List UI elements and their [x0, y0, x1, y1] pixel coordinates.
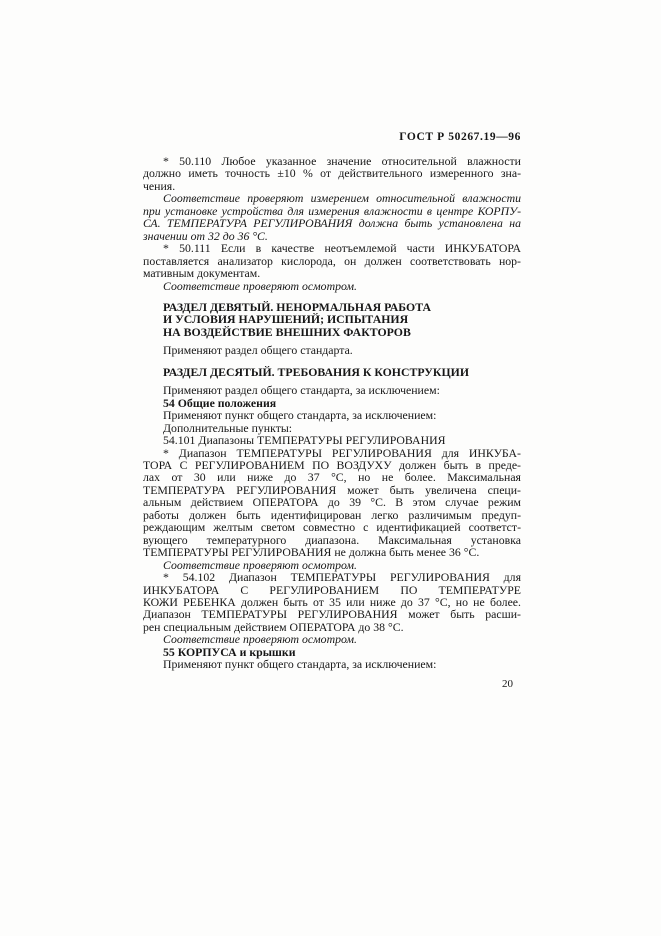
section-heading: РАЗДЕЛ ДЕВЯТЫЙ. НЕНОРМАЛЬНАЯ РАБОТАИ УСЛ… — [143, 301, 521, 338]
text-line: * 50.111 Если в качестве неотъемлемой ча… — [143, 242, 521, 254]
paragraph: * Диапазон ТЕМПЕРАТУРЫ РЕГУЛИРОВАНИЯ для… — [143, 447, 521, 559]
text-line: мативным документам. — [143, 267, 521, 279]
text-line: Применяют пункт общего стандарта, за иск… — [143, 409, 521, 421]
page-number: 20 — [143, 678, 513, 690]
text-line: ТЕМПЕРАТУРЫ РЕГУЛИРОВАНИЯ не должна быть… — [143, 546, 521, 558]
text-line: должно иметь точность ±10 % от действите… — [143, 167, 521, 179]
text-line: НА ВОЗДЕЙСТВИЕ ВНЕШНИХ ФАКТОРОВ — [143, 326, 521, 338]
running-header: ГОСТ Р 50267.19—96 — [143, 131, 521, 143]
document-page: ГОСТ Р 50267.19—96 * 50.110 Любое указан… — [0, 0, 661, 936]
paragraph: * 54.102 Диапазон ТЕМПЕРАТУРЫ РЕГУЛИРОВА… — [143, 571, 521, 633]
text-line: Соответствие проверяют измерением относи… — [143, 192, 521, 204]
paragraph: Соответствие проверяют осмотром. — [143, 633, 521, 645]
paragraph: Соответствие проверяют осмотром. — [143, 280, 521, 292]
paragraph: Применяют раздел общего стандарта, за ис… — [143, 384, 521, 396]
paragraph: Применяют раздел общего стандарта. — [143, 344, 521, 356]
paragraph: 54.101 Диапазоны ТЕМПЕРАТУРЫ РЕГУЛИРОВАН… — [143, 434, 521, 446]
text-line: Соответствие проверяют осмотром. — [143, 633, 521, 645]
paragraph: * 50.111 Если в качестве неотъемлемой ча… — [143, 242, 521, 279]
paragraph: Применяют пункт общего стандарта, за иск… — [143, 409, 521, 421]
text-line: лах от 30 или ниже до 37 °С, но не более… — [143, 471, 521, 483]
paragraph: * 50.110 Любое указанное значение относи… — [143, 155, 521, 192]
text-line: альным действием ОПЕРАТОРА до 39 °С. В э… — [143, 496, 521, 508]
text-line: Применяют пункт общего стандарта, за иск… — [143, 658, 521, 670]
text-line: РАЗДЕЛ ДЕСЯТЫЙ. ТРЕБОВАНИЯ К КОНСТРУКЦИИ — [143, 366, 521, 378]
text-line: * 54.102 Диапазон ТЕМПЕРАТУРЫ РЕГУЛИРОВА… — [143, 571, 521, 583]
section-heading: РАЗДЕЛ ДЕСЯТЫЙ. ТРЕБОВАНИЯ К КОНСТРУКЦИИ — [143, 366, 521, 378]
paragraph: Соответствие проверяют измерением относи… — [143, 192, 521, 242]
text-line: Соответствие проверяют осмотром. — [143, 280, 521, 292]
text-column: ГОСТ Р 50267.19—96 * 50.110 Любое указан… — [143, 0, 521, 671]
text-line: реждающим желтым светом совместно с иден… — [143, 521, 521, 533]
text-line: СА. ТЕМПЕРАТУРА РЕГУЛИРОВАНИЯ должна быт… — [143, 217, 521, 229]
text-line: Применяют раздел общего стандарта. — [143, 344, 521, 356]
text-line: 54.101 Диапазоны ТЕМПЕРАТУРЫ РЕГУЛИРОВАН… — [143, 434, 521, 446]
text-line: Применяют раздел общего стандарта, за ис… — [143, 384, 521, 396]
paragraph: Применяют пункт общего стандарта, за иск… — [143, 658, 521, 670]
text-blocks: * 50.110 Любое указанное значение относи… — [143, 155, 521, 671]
text-line: Диапазон ТЕМПЕРАТУРЫ РЕГУЛИРОВАНИЯ может… — [143, 608, 521, 620]
